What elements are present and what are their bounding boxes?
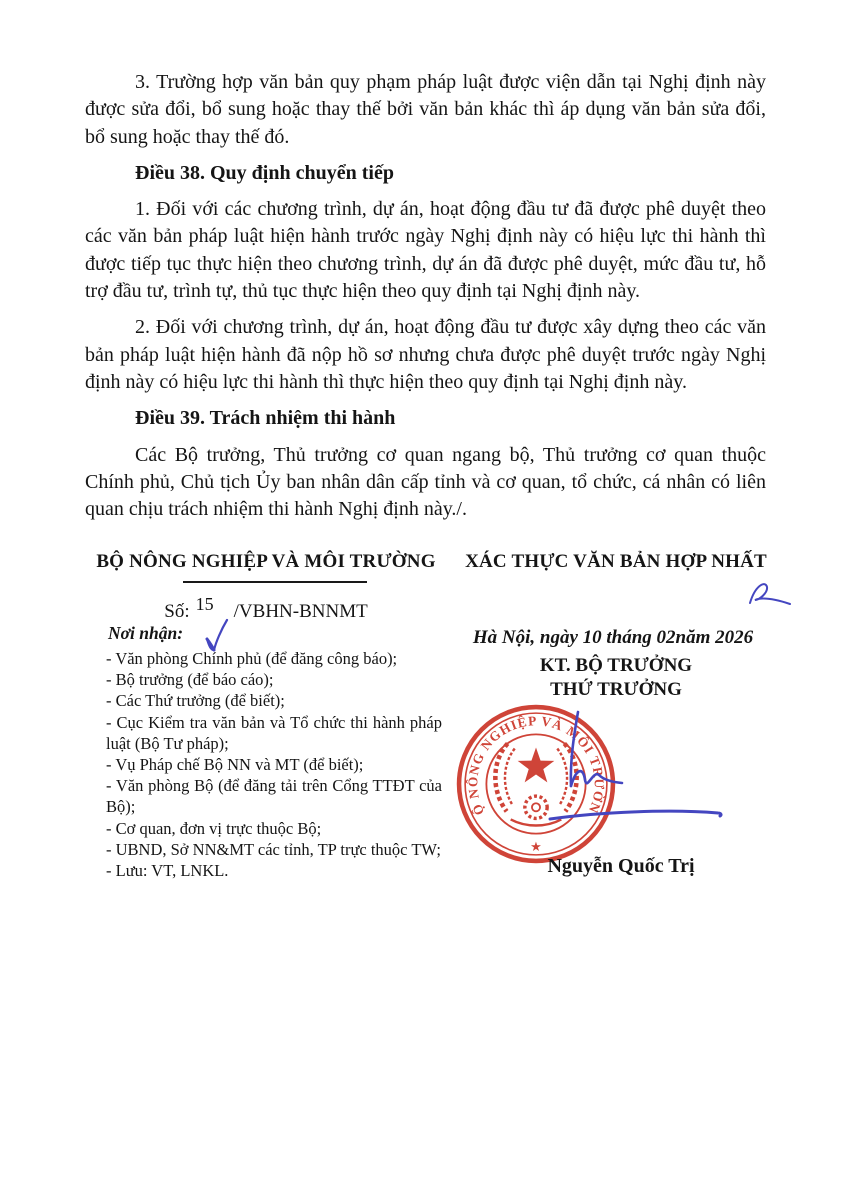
article-38-clause-1: 1. Đối với các chương trình, dự án, hoạt… bbox=[85, 196, 766, 305]
recipient-item: - Cơ quan, đơn vị trực thuộc Bộ; bbox=[106, 818, 442, 839]
recipients-list: - Văn phòng Chính phủ (để đăng công báo)… bbox=[106, 648, 442, 881]
clause-3-paragraph: 3. Trường hợp văn bản quy phạm pháp luật… bbox=[85, 69, 766, 151]
pen-initial-icon bbox=[742, 576, 800, 612]
ministry-name: BỘ NÔNG NGHIỆP VÀ MÔI TRƯỜNG bbox=[85, 551, 447, 573]
recipient-item: - Văn phòng Bộ (để đăng tải trên Cổng TT… bbox=[106, 775, 442, 817]
article-38-heading: Điều 38. Quy định chuyển tiếp bbox=[85, 160, 766, 187]
document-number-line: Số:15/VBHN-BNNMT bbox=[85, 601, 447, 623]
document-number-suffix: /VBHN-BNNMT bbox=[234, 601, 368, 622]
article-39-paragraph: Các Bộ trưởng, Thủ trưởng cơ quan ngang … bbox=[85, 442, 766, 524]
recipient-item: - Bộ trưởng (để báo cáo); bbox=[106, 669, 442, 690]
document-body: 3. Trường hợp văn bản quy phạm pháp luật… bbox=[85, 69, 766, 532]
place-date-line: Hà Nội, ngày 10 tháng 02năm 2026 bbox=[448, 627, 778, 649]
recipient-item: - Văn phòng Chính phủ (để đăng công báo)… bbox=[106, 648, 442, 669]
signature-ink bbox=[480, 690, 740, 830]
recipients-label: Nơi nhận: bbox=[108, 623, 183, 644]
recipient-item: - Các Thứ trưởng (để biết); bbox=[106, 690, 442, 711]
seal-bottom-star-icon: ★ bbox=[530, 839, 542, 854]
document-number-label: Số: bbox=[164, 601, 189, 622]
recipient-item: - Cục Kiểm tra văn bản và Tổ chức thi hà… bbox=[106, 712, 442, 754]
document-page: 3. Trường hợp văn bản quy phạm pháp luật… bbox=[0, 0, 848, 1200]
recipient-item: - UBND, Sở NN&MT các tỉnh, TP trực thuộc… bbox=[106, 839, 442, 860]
signer-title-kt-bo-truong: KT. BỘ TRƯỞNG bbox=[455, 655, 777, 677]
signer-name: Nguyễn Quốc Trị bbox=[460, 855, 782, 878]
recipient-item: - Vụ Pháp chế Bộ NN và MT (để biết); bbox=[106, 754, 442, 775]
ministry-underline bbox=[183, 581, 367, 583]
article-38-clause-2: 2. Đối với chương trình, dự án, hoạt độn… bbox=[85, 314, 766, 396]
certification-title: XÁC THỰC VĂN BẢN HỢP NHẤT bbox=[455, 551, 777, 573]
recipient-item: - Lưu: VT, LNKL. bbox=[106, 860, 442, 881]
document-number-value: 15 bbox=[196, 594, 214, 614]
article-39-heading: Điều 39. Trách nhiệm thi hành bbox=[85, 405, 766, 432]
